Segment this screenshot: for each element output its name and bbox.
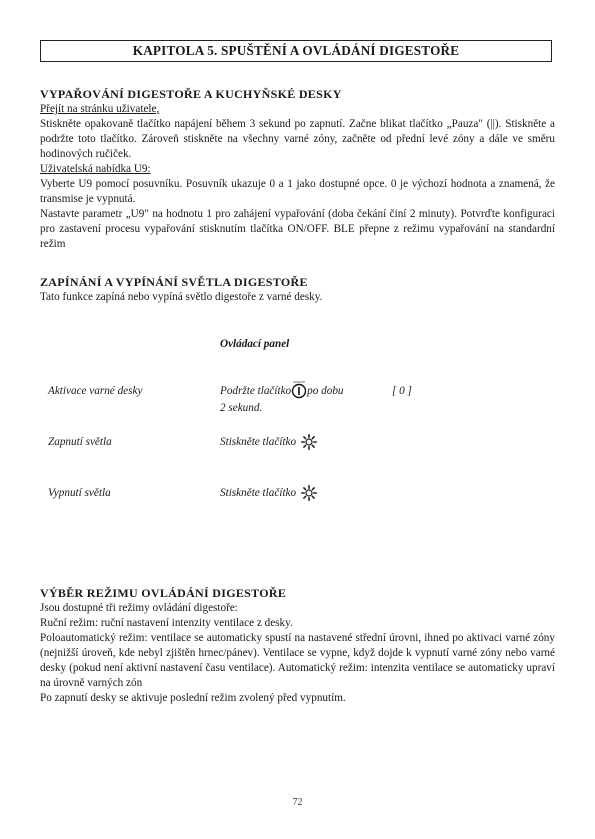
paragraph: Ruční režim: ruční nastavení intenzity v… [40,616,555,631]
desc-text: Stiskněte tlačítko [220,434,296,450]
section-evaporation: VYPAŘOVÁNÍ DIGESTOŘE A KUCHYŇSKÉ DESKY P… [40,87,555,252]
paragraph: Poloautomatický režim: ventilace se auto… [40,631,555,691]
paragraph: Nastavte parametr „U9" na hodnotu 1 pro … [40,207,555,252]
desc-text: Stiskněte tlačítko [220,485,296,501]
section-heading: VYPAŘOVÁNÍ DIGESTOŘE A KUCHYŇSKÉ DESKY [40,87,555,102]
desc-text: po dobu [307,383,343,399]
paragraph: Vyberte U9 pomocí posuvníku. Posuvník uk… [40,177,555,207]
desc-text: Podržte tlačítko [220,383,291,399]
section-heading: VÝBĚR REŽIMU OVLÁDÁNÍ DIGESTOŘE [40,586,555,601]
desc-text: 2 sekund. [220,400,262,416]
row-label-hob-activation: Aktivace varné desky [48,385,142,397]
row-desc-hob-activation: Podržte tlačítko po dobu [220,383,344,399]
page-number: 72 [0,797,595,808]
section-mode: VÝBĚR REŽIMU OVLÁDÁNÍ DIGESTOŘE Jsou dos… [40,586,555,706]
row-desc-line2: 2 sekund. [220,400,262,416]
paragraph: Po zapnutí desky se aktivuje poslední re… [40,691,555,706]
row-label-light-off: Vypnutí světla [48,487,111,499]
power-icon [292,384,306,398]
row-label-light-on: Zapnutí světla [48,436,112,448]
paragraph: Tato funkce zapíná nebo vypíná světlo di… [40,290,555,305]
light-icon [301,434,317,450]
row-desc-light-off: Stiskněte tlačítko [220,485,317,501]
subheading-user-page: Přejít na stránku uživatele, [40,102,555,117]
row-value: [ 0 ] [392,385,412,397]
section-light: ZAPÍNÁNÍ A VYPÍNÁNÍ SVĚTLA DIGESTOŘE Tat… [40,275,555,305]
control-panel-title: Ovládací panel [220,338,289,350]
paragraph: Stiskněte opakovaně tlačítko napájení bě… [40,117,555,162]
section-heading: ZAPÍNÁNÍ A VYPÍNÁNÍ SVĚTLA DIGESTOŘE [40,275,555,290]
light-icon [301,485,317,501]
subheading-user-menu: Uživatelská nabídka U9: [40,162,555,177]
paragraph: Jsou dostupné tři režimy ovládání digest… [40,601,555,616]
chapter-title: KAPITOLA 5. SPUŠTĚNÍ A OVLÁDÁNÍ DIGESTOŘ… [40,40,552,62]
row-desc-light-on: Stiskněte tlačítko [220,434,317,450]
